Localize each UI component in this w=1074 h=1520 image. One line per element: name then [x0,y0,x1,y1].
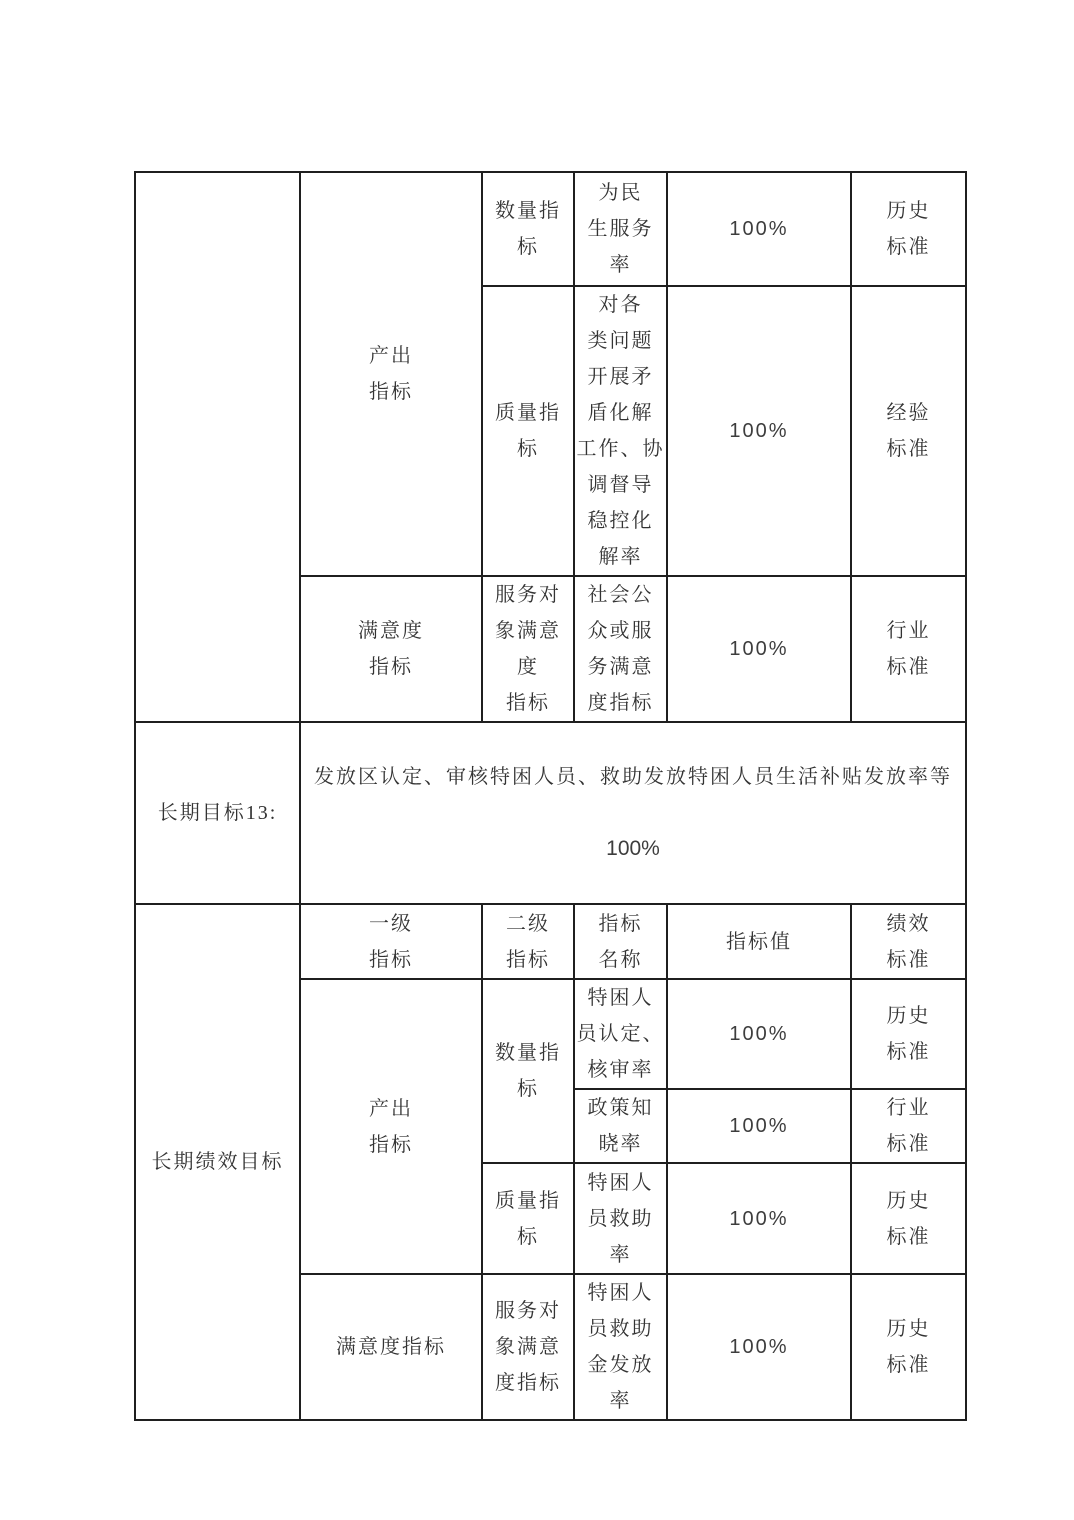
continued-row-label-cell [135,172,300,722]
table-row: 产出 指标 数量指 标 为民 生服务 率 100% 历史 标准 [135,172,966,286]
indicator-value-cell: 100% [667,576,851,722]
level2-quantity-indicator-cell: 数量指 标 [482,979,574,1163]
level2-service-satisfaction-cell: 服务对 象满意 度指标 [482,1274,574,1420]
indicator-value-cell: 100% [667,286,851,576]
header-level1-cell: 一级 指标 [300,904,482,979]
performance-standard-cell: 历史 标准 [851,1163,966,1274]
level2-quality-indicator-cell: 质量指 标 [482,1163,574,1274]
indicator-value-cell: 100% [667,1163,851,1274]
level1-satisfaction-indicator-cell: 满意度 指标 [300,576,482,722]
document-page: 产出 指标 数量指 标 为民 生服务 率 100% 历史 标准 质量指 标 对各… [0,0,1074,1520]
long-term-row-label-cell: 长期绩效目标 [135,904,300,1420]
performance-standard-cell: 经验 标准 [851,286,966,576]
indicator-name-cell: 特困人 员认定、 核审率 [574,979,667,1089]
table-row: 长期目标13: 发放区认定、审核特困人员、救助发放特困人员生活补贴发放率等 10… [135,722,966,904]
indicator-value-cell: 100% [667,979,851,1089]
header-level2-cell: 二级 指标 [482,904,574,979]
header-name-cell: 指标 名称 [574,904,667,979]
level2-service-satisfaction-cell: 服务对 象满意 度 指标 [482,576,574,722]
level2-quality-indicator-cell: 质量指 标 [482,286,574,576]
performance-indicators-table: 产出 指标 数量指 标 为民 生服务 率 100% 历史 标准 质量指 标 对各… [134,171,967,1421]
indicator-value-cell: 100% [667,1274,851,1420]
table-header-row: 长期绩效目标 一级 指标 二级 指标 指标 名称 指标值 绩效 标准 [135,904,966,979]
indicator-value-cell: 100% [667,1089,851,1163]
level1-output-indicator-cell: 产出 指标 [300,172,482,576]
header-value-cell: 指标值 [667,904,851,979]
indicator-name-cell: 社会公 众或服 务满意 度指标 [574,576,667,722]
level1-output-indicator-cell: 产出 指标 [300,979,482,1274]
performance-standard-cell: 历史 标准 [851,979,966,1089]
goal-value: 100% [301,831,965,867]
performance-standard-cell: 行业 标准 [851,1089,966,1163]
goal-text-cell: 发放区认定、审核特困人员、救助发放特困人员生活补贴发放率等 100% [300,722,966,904]
indicator-name-cell: 特困人 员救助 率 [574,1163,667,1274]
indicator-value-cell: 100% [667,172,851,286]
performance-standard-cell: 历史 标准 [851,172,966,286]
indicator-name-cell: 政策知 晓率 [574,1089,667,1163]
header-standard-cell: 绩效 标准 [851,904,966,979]
indicator-name-cell: 特困人 员救助 金发放 率 [574,1274,667,1420]
indicator-name-cell: 对各 类问题 开展矛 盾化解 工作、协 调督导 稳控化 解率 [574,286,667,576]
level1-satisfaction-indicator-cell: 满意度指标 [300,1274,482,1420]
goal-label-cell: 长期目标13: [135,722,300,904]
performance-standard-cell: 行业 标准 [851,576,966,722]
goal-text: 发放区认定、审核特困人员、救助发放特困人员生活补贴发放率等 [301,759,965,795]
level2-quantity-indicator-cell: 数量指 标 [482,172,574,286]
indicator-name-cell: 为民 生服务 率 [574,172,667,286]
performance-standard-cell: 历史 标准 [851,1274,966,1420]
